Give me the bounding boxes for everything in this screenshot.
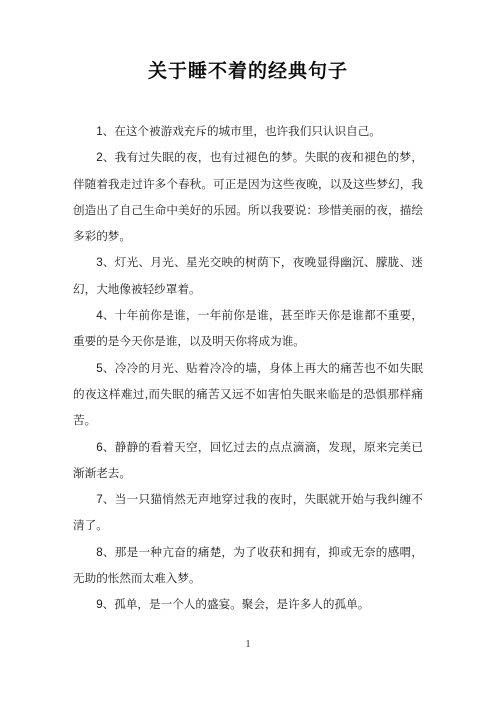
paragraph-8: 8、那是一种亢奋的痛楚，为了收获和拥有，抑或无奈的感喟，无助的怅然而太难入梦。 bbox=[73, 540, 423, 593]
page-title: 关于睡不着的经典句子 bbox=[0, 59, 496, 85]
paragraph-3: 3、灯光、月光、星光交映的树荫下，夜晚显得幽沉、朦胧、迷幻，大地像被轻纱罩着。 bbox=[73, 250, 423, 303]
page-number: 1 bbox=[0, 638, 496, 652]
paragraph-1: 1、在这个被游戏充斥的城市里，也许我们只认识自己。 bbox=[73, 119, 423, 145]
document-content: 1、在这个被游戏充斥的城市里，也许我们只认识自己。 2、我有过失眠的夜，也有过褪… bbox=[73, 119, 423, 619]
document-page: 关于睡不着的经典句子 1、在这个被游戏充斥的城市里，也许我们只认识自己。 2、我… bbox=[0, 0, 496, 702]
paragraph-6: 6、静静的看着天空，回忆过去的点点滴滴，发现，原来完美已渐渐老去。 bbox=[73, 435, 423, 488]
paragraph-5: 5、冷冷的月光、贴着冷冷的墙，身体上再大的痛苦也不如失眠的夜这样难过,而失眠的痛… bbox=[73, 356, 423, 435]
paragraph-2: 2、我有过失眠的夜，也有过褪色的梦。失眠的夜和褪色的梦，伴随着我走过许多个春秋。… bbox=[73, 145, 423, 250]
paragraph-9: 9、孤单，是一个人的盛宴。聚会，是许多人的孤单。 bbox=[73, 592, 423, 618]
paragraph-4: 4、十年前你是谁，一年前你是谁，甚至昨天你是谁都不重要，重要的是今天你是谁，以及… bbox=[73, 303, 423, 356]
paragraph-7: 7、当一只猫悄然无声地穿过我的夜时，失眠就开始与我纠缠不清了。 bbox=[73, 487, 423, 540]
